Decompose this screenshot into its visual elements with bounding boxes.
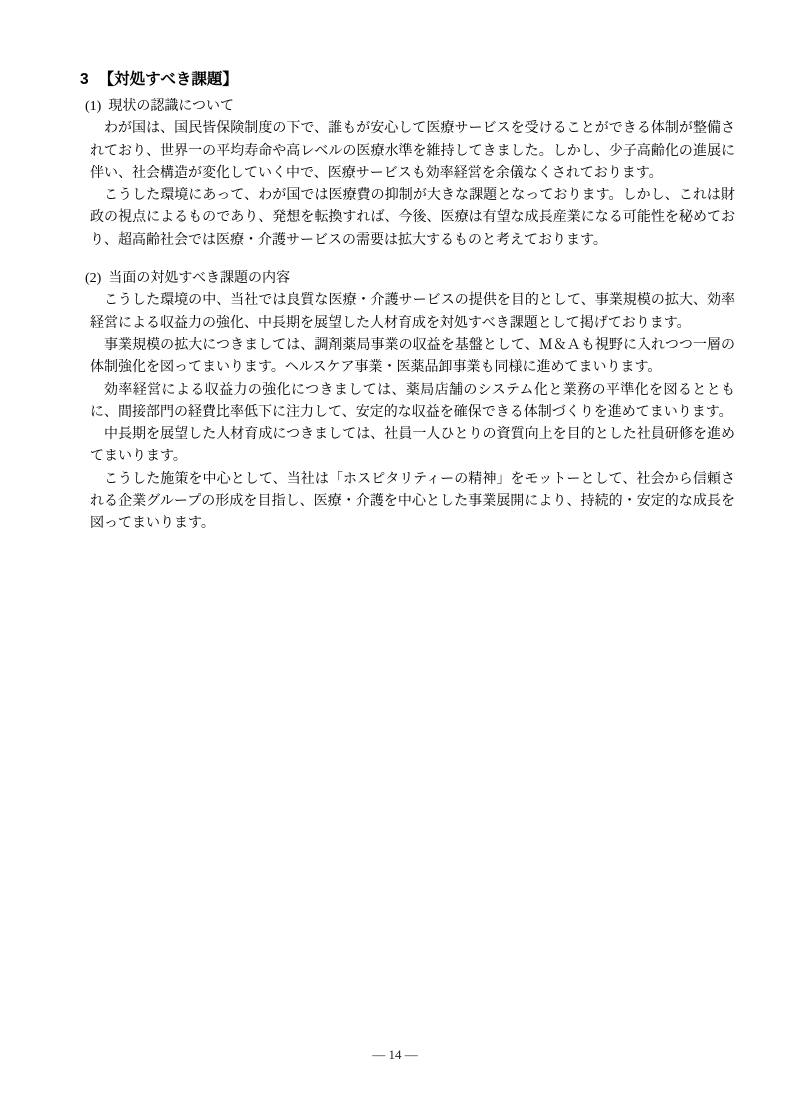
paragraph: こうした環境にあって、わが国では医療費の抑制が大きな課題となっております。しかし… bbox=[90, 185, 735, 252]
subsection-immediate-issues: (2)当面の対処すべき課題の内容 こうした環境の中、当社では良質な医療・介護サー… bbox=[90, 268, 735, 536]
paragraph: こうした施策を中心として、当社は「ホスピタリティーの精神」をモットーとして、社会… bbox=[90, 469, 735, 536]
page-content: 3【対処すべき課題】 (1)現状の認識について わが国は、国民皆保険制度の下で、… bbox=[90, 69, 735, 536]
section-title: 【対処すべき課題】 bbox=[99, 71, 238, 88]
paragraph: わが国は、国民皆保険制度の下で、誰もが安心して医療サービスを受けることができる体… bbox=[90, 118, 735, 185]
paragraph: 効率経営による収益力の強化につきましては、薬局店舗のシステム化と業務の平準化を図… bbox=[90, 380, 735, 425]
paragraph: 中長期を展望した人材育成につきましては、社員一人ひとりの資質向上を目的とした社員… bbox=[90, 424, 735, 469]
subsection-label: (2) bbox=[85, 268, 101, 290]
document-page: 3【対処すべき課題】 (1)現状の認識について わが国は、国民皆保険制度の下で、… bbox=[0, 0, 790, 1118]
section-heading: 3【対処すべき課題】 bbox=[80, 69, 735, 91]
paragraph: 事業規模の拡大につきましては、調剤薬局事業の収益を基盤として、Ｍ＆Ａも視野に入れ… bbox=[90, 335, 735, 380]
subsection-heading: (1)現状の認識について bbox=[85, 96, 735, 118]
subsection-title: 現状の認識について bbox=[108, 99, 234, 114]
section-number: 3 bbox=[80, 69, 89, 91]
paragraph: こうした環境の中、当社では良質な医療・介護サービスの提供を目的として、事業規模の… bbox=[90, 290, 735, 335]
subsection-heading: (2)当面の対処すべき課題の内容 bbox=[85, 268, 735, 290]
subsection-current-recognition: (1)現状の認識について わが国は、国民皆保険制度の下で、誰もが安心して医療サー… bbox=[90, 96, 735, 252]
subsection-label: (1) bbox=[85, 96, 101, 118]
page-number-footer: ― 14 ― bbox=[0, 1046, 790, 1064]
subsection-title: 当面の対処すべき課題の内容 bbox=[108, 271, 290, 286]
